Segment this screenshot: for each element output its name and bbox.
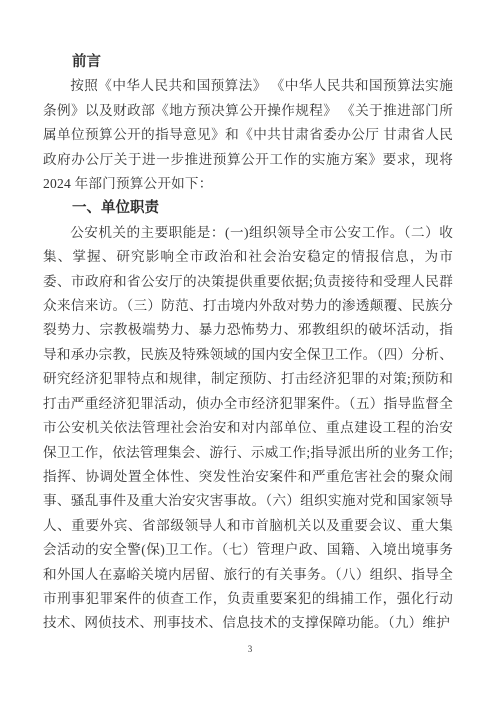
preface-heading: 前言 <box>43 50 453 74</box>
page-number: 3 <box>0 644 500 654</box>
document-body: 前言 按照《中华人民共和国预算法》 《中华人民共和国预算法实施条例》以及财政部《… <box>43 50 453 636</box>
section-heading-unit-duties: 一、单位职责 <box>43 196 453 220</box>
preface-paragraph: 按照《中华人民共和国预算法》 《中华人民共和国预算法实施条例》以及财政部《地方预… <box>43 74 453 196</box>
unit-duties-paragraph: 公安机关的主要职能是：(一)组织领导全市公安工作。（二）收集、掌握、研究影响全市… <box>43 221 453 636</box>
document-page: 前言 按照《中华人民共和国预算法》 《中华人民共和国预算法实施条例》以及财政部《… <box>0 0 500 707</box>
